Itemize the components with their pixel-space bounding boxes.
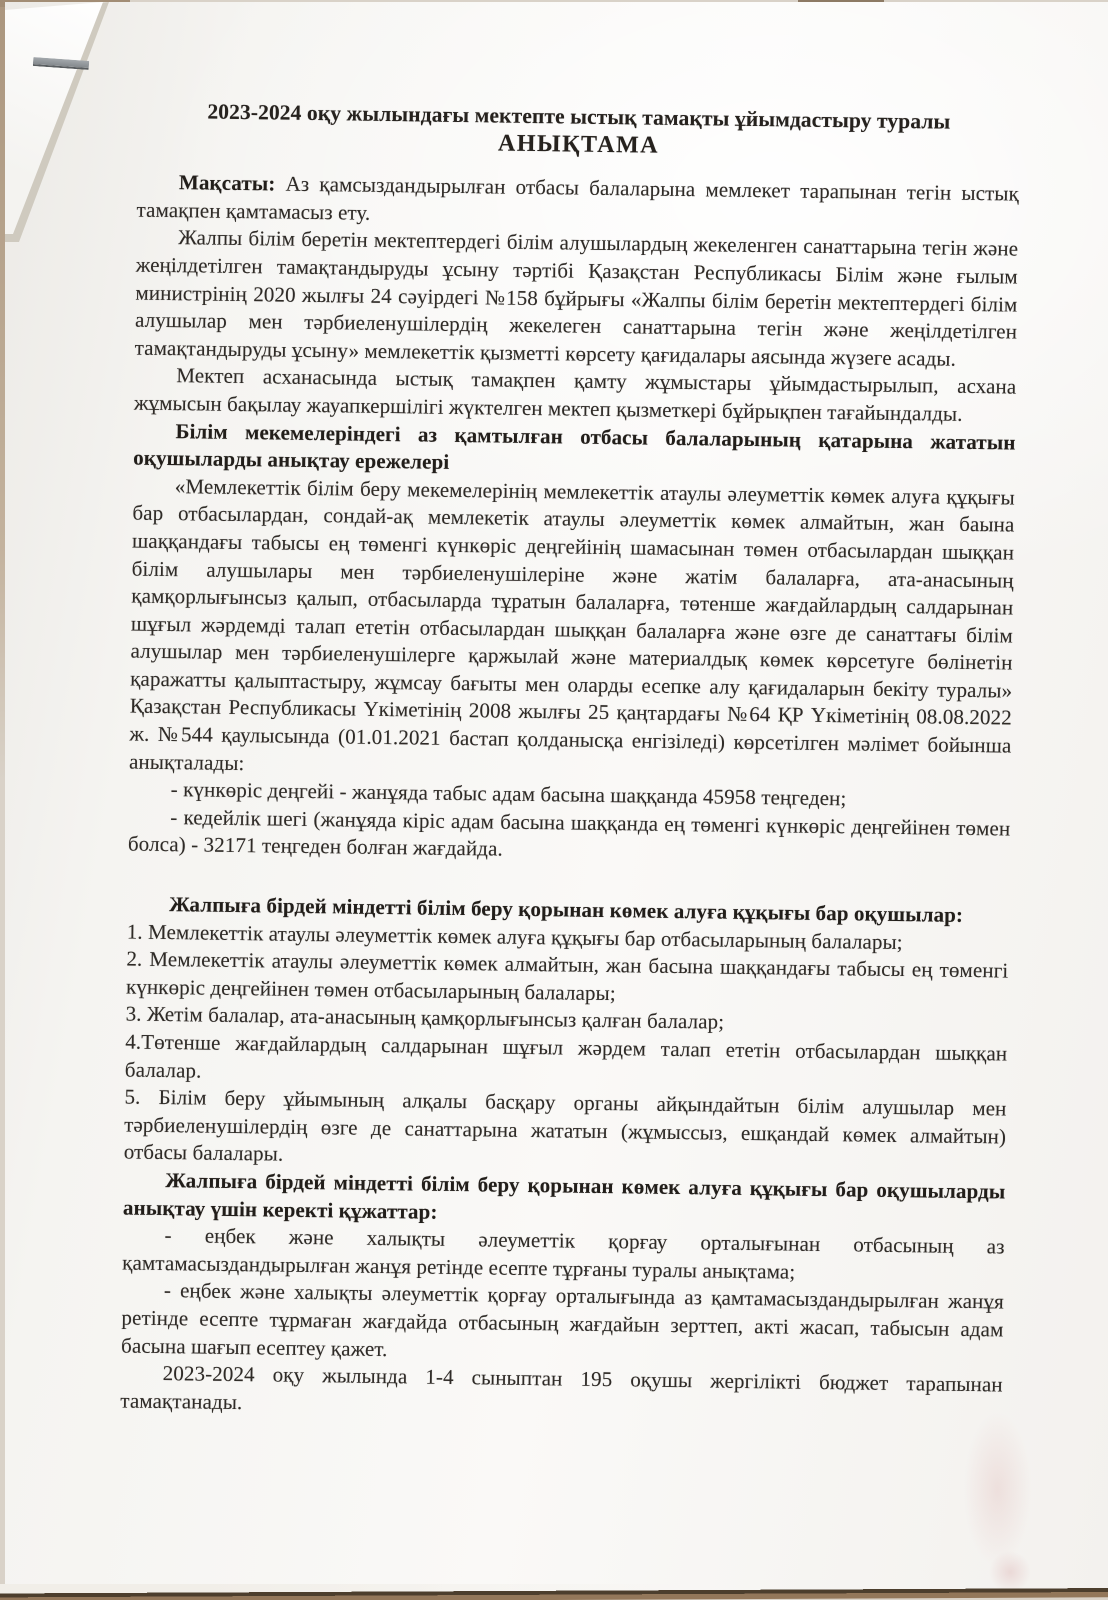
poverty-line-bullet: - кедейлік шегі (жанұяда кіріс адам басы… <box>128 803 1011 870</box>
purpose-label: Мақсаты: <box>179 170 276 195</box>
decree-paragraph: «Мемлекеттік білім беру мекемелерінің ме… <box>129 472 1015 788</box>
final-paragraph: 2023-2024 оқу жылында 1-4 сыныптан 195 о… <box>120 1360 1003 1427</box>
eligible-list-item: 5. Білім беру ұйымының алқалы басқару ор… <box>124 1084 1007 1179</box>
document-page: 2023-2024 оқу жылындағы мектепте ыстық т… <box>5 2 1108 1594</box>
scanned-document-scene: 2023-2024 оқу жылындағы мектепте ыстық т… <box>0 0 1108 1600</box>
document-text: 2023-2024 оқу жылындағы мектепте ыстық т… <box>120 98 1020 1427</box>
general-provision-paragraph: Жалпы білім беретін мектептердегі білім … <box>135 224 1019 374</box>
document-requirement-item: - еңбек және халықты әлеуметтік қорғау о… <box>121 1277 1004 1372</box>
